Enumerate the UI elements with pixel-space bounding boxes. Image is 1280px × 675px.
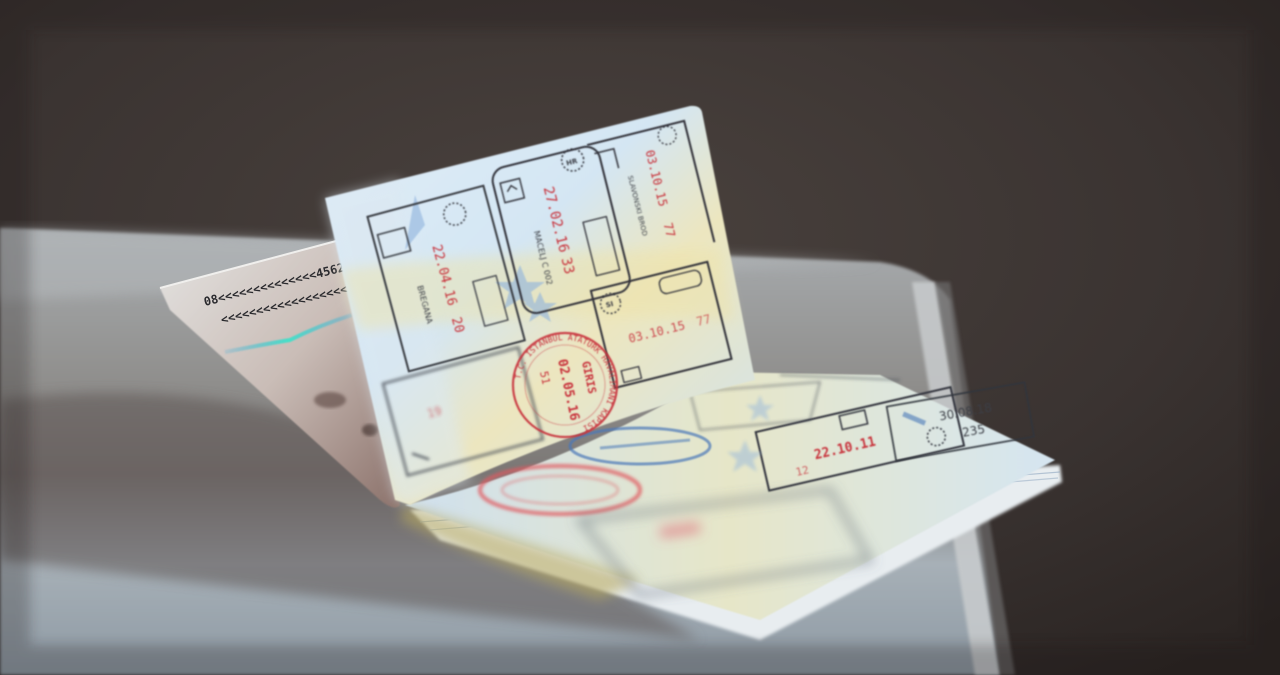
photo-canvas: 08<<<<<<<<<<<<<<4562964 <<<<<<<<<<<<<<<<… [0, 0, 1280, 675]
svg-text:51: 51 [537, 370, 552, 386]
passport-photo: Open passport showing travel stamps [0, 0, 1280, 675]
